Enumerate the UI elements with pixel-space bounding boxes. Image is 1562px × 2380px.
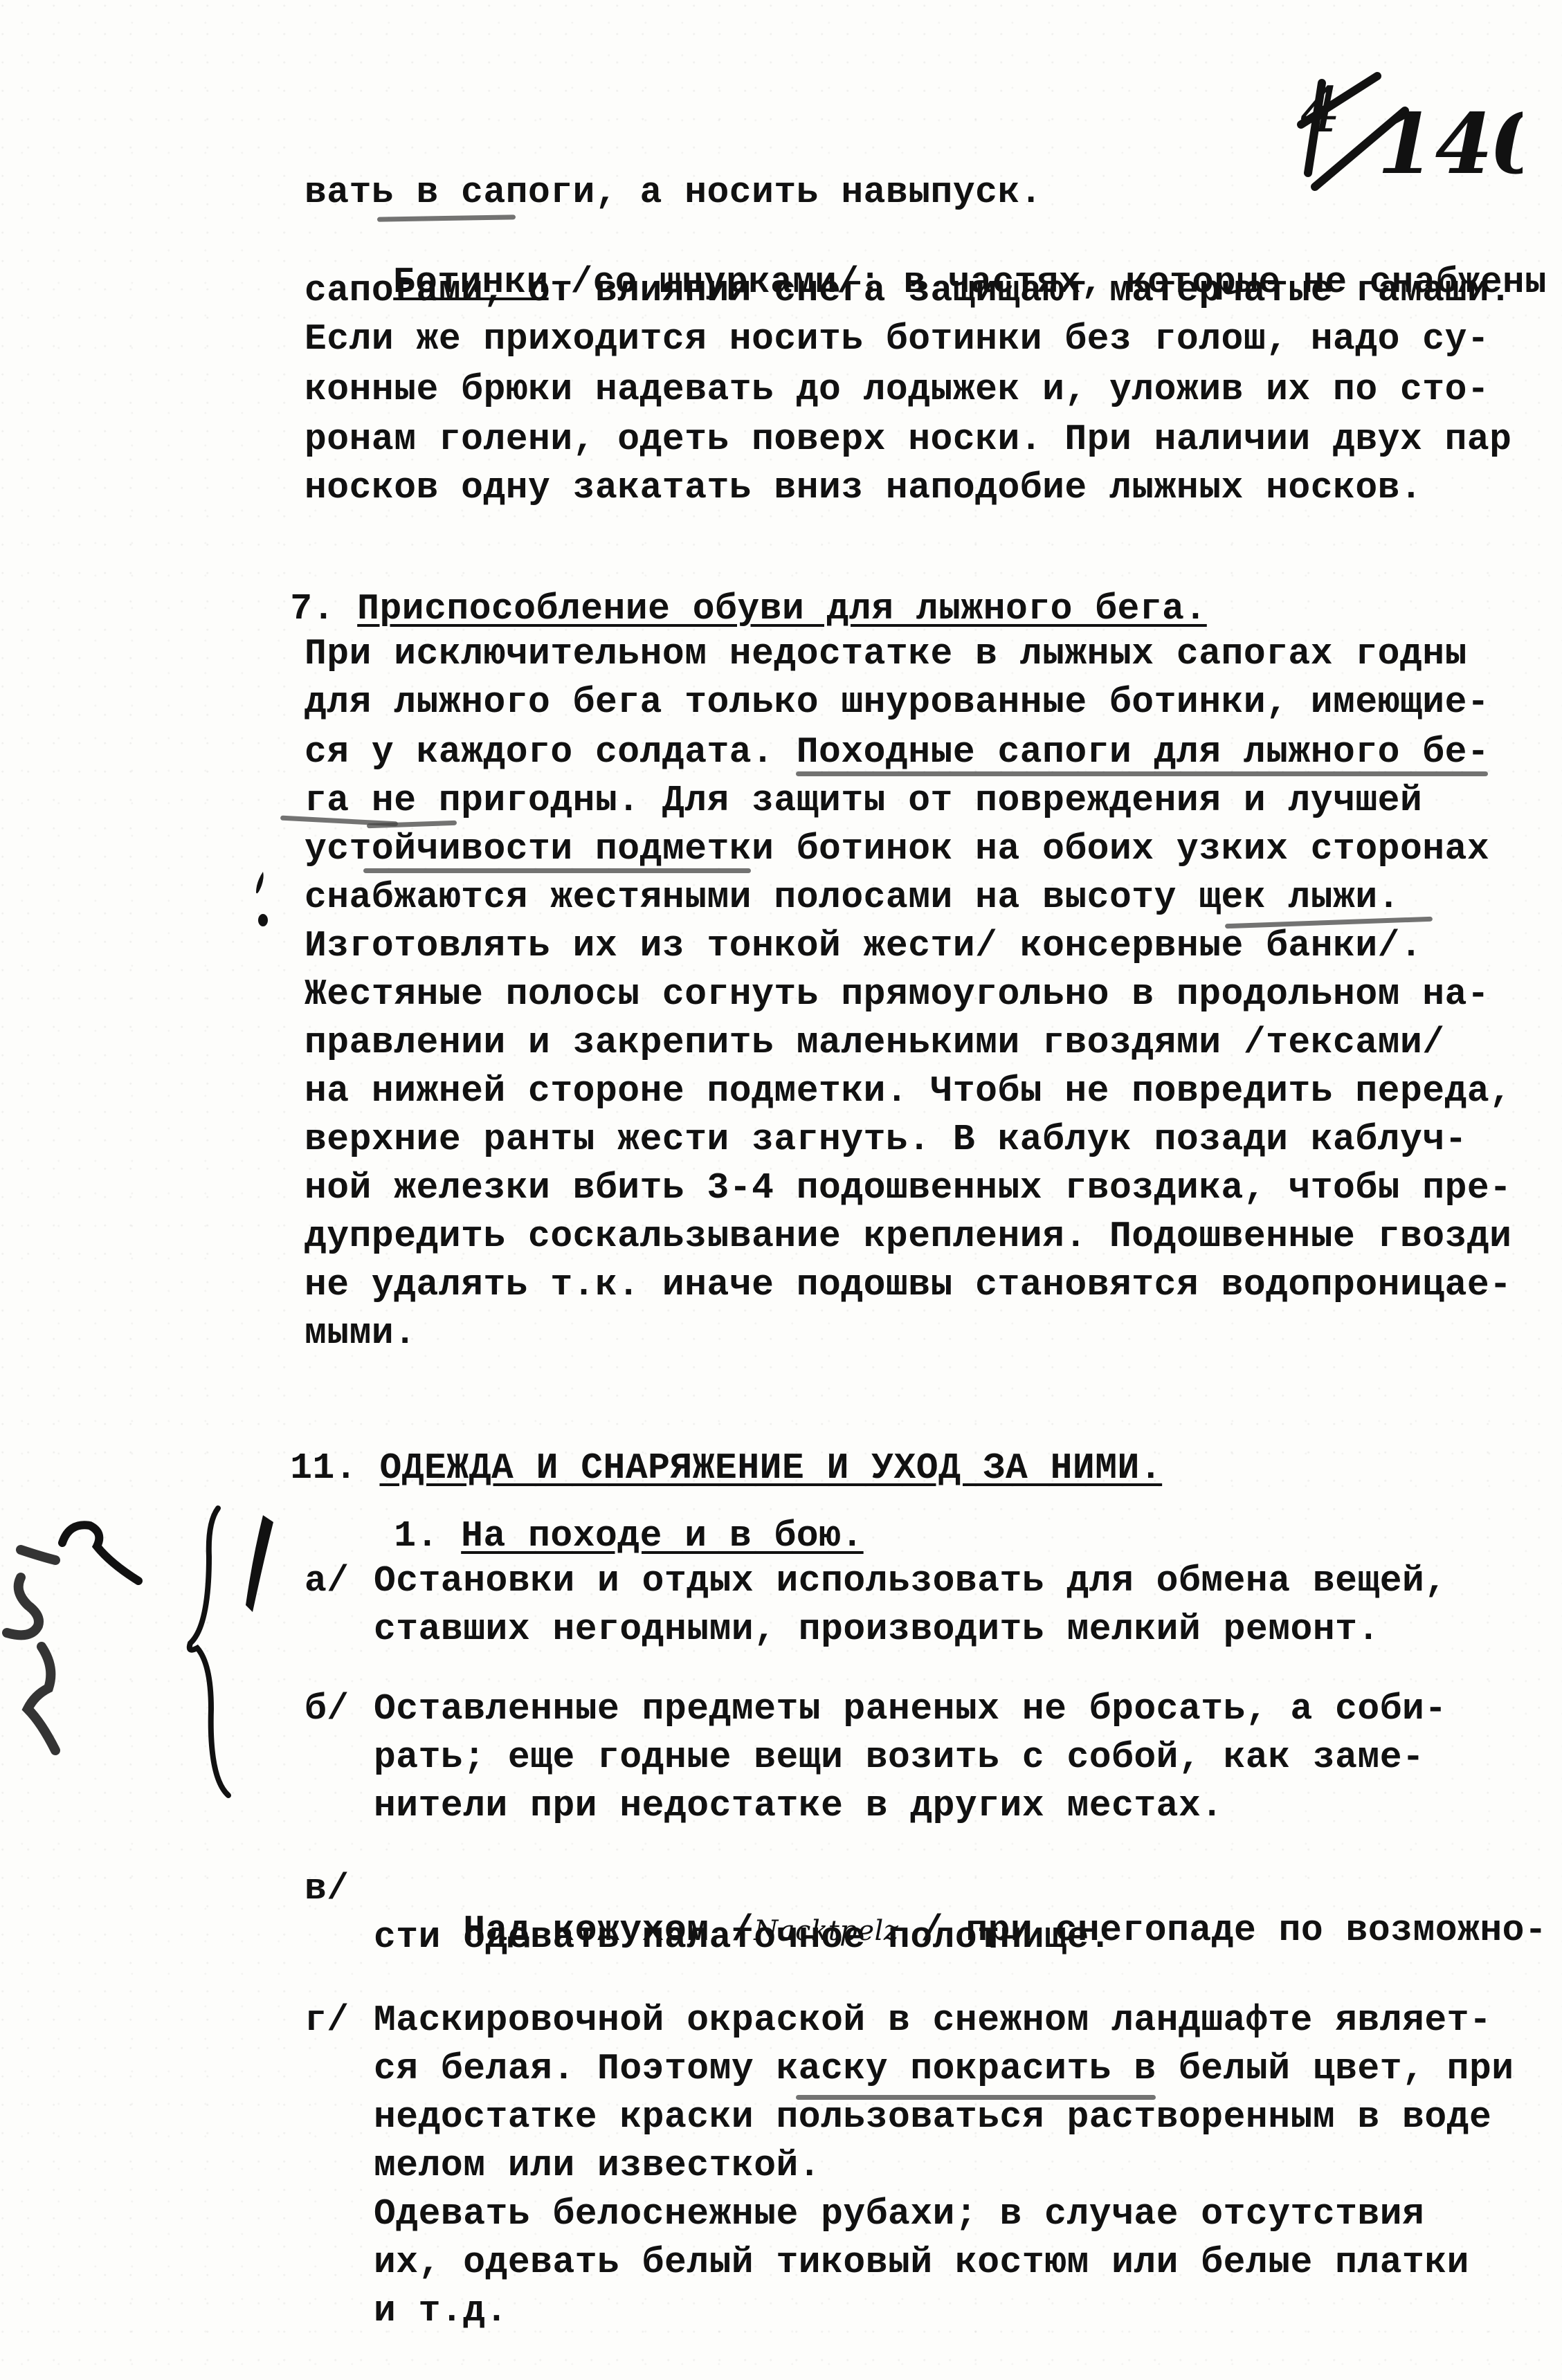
section-title: Приспособление обуви для лыжного бега. xyxy=(357,588,1207,630)
text-line: Одевать белоснежные рубахи; в случае отс… xyxy=(374,2193,1424,2235)
margin-exclamation-icon xyxy=(242,865,284,934)
text-line: недостатке краски пользоваться растворен… xyxy=(374,2096,1491,2138)
text-line: вать в сапоги, а носить навыпуск. xyxy=(305,172,1042,213)
pen-underline xyxy=(796,2095,1156,2100)
text-line: При исключительном недостатке в лыжных с… xyxy=(305,633,1467,675)
text-line: снабжаются жестяными полосами на высоту … xyxy=(305,877,1400,918)
svg-text:140: 140 xyxy=(1377,95,1523,193)
list-item-marker: г/ xyxy=(305,1999,349,2041)
subsection-title: На походе и в бою. xyxy=(461,1515,864,1557)
text-line: ся белая. Поэтому каску покрасить в белы… xyxy=(374,2048,1514,2089)
text-line: Изготовлять их из тонкой жести/ консервн… xyxy=(305,925,1422,967)
handwritten-page-number-icon: 4 140 xyxy=(1294,55,1523,214)
text-line: Жестяные полосы согнуть прямоугольно в п… xyxy=(305,973,1489,1015)
text-line: рать; еще годные вещи возить с собой, ка… xyxy=(374,1737,1424,1778)
text-line: их, одевать белый тиковый костюм или бел… xyxy=(374,2242,1469,2283)
text-line: Остановки и отдых использовать для обмен… xyxy=(374,1560,1447,1602)
text-line: устойчивости подметки ботинок на обоих у… xyxy=(305,828,1489,870)
list-item-marker: б/ xyxy=(305,1688,349,1730)
text-line: сапогами, от влияния снега защищают мате… xyxy=(305,270,1511,311)
text-line: ной железки вбить 3-4 подошвенных гвозди… xyxy=(305,1167,1511,1209)
list-item-marker: а/ xyxy=(305,1560,349,1602)
text-line: ся у каждого солдата. Походные сапоги дл… xyxy=(305,731,1489,773)
text-line: ронам голени, одеть поверх носки. При на… xyxy=(305,419,1511,460)
text-line: носков одну закатать вниз наподобие лыжн… xyxy=(305,467,1422,509)
text-line: конные брюки надевать до лодыжек и, улож… xyxy=(305,369,1489,410)
text-line: дупредить соскальзывание крепления. Подо… xyxy=(305,1216,1511,1257)
text-line: Маскировочной окраской в снежном ландшаф… xyxy=(374,1999,1491,2041)
text-line: мелом или известкой. xyxy=(374,2145,821,2186)
section-number: 7. xyxy=(290,588,335,630)
text-line: га не пригодны. Для защиты от повреждени… xyxy=(305,780,1422,821)
text-line: сти одевать палаточное полотнище. xyxy=(374,1916,1111,1958)
text-line: на нижней стороне подметки. Чтобы не пов… xyxy=(305,1070,1511,1112)
text-line: Оставленные предметы раненых не бросать,… xyxy=(374,1688,1447,1730)
text-line: верхние ранты жести загнуть. В каблук по… xyxy=(305,1119,1467,1160)
subsection-number: 1. xyxy=(394,1515,439,1557)
text-line: Если же приходится носить ботинки без го… xyxy=(305,318,1489,360)
text-line: мыми. xyxy=(305,1312,417,1354)
list-item-marker: в/ xyxy=(305,1868,349,1910)
page-number: 4 140 xyxy=(1294,55,1523,214)
pen-underline xyxy=(796,771,1488,776)
margin-handwriting-icon xyxy=(0,1487,180,1833)
pen-underline xyxy=(363,868,751,873)
text-line: и т.д. xyxy=(374,2290,508,2332)
text-line: не удалять т.к. иначе подошвы становятся… xyxy=(305,1264,1511,1306)
text-line: правлении и закрепить маленькими гвоздям… xyxy=(305,1022,1445,1063)
text-line: ставших негодными, производить мелкий ре… xyxy=(374,1609,1380,1650)
margin-brace-icon xyxy=(159,1501,298,1847)
text-line: нители при недостатке в других местах. xyxy=(374,1785,1224,1827)
text-line: для лыжного бега только шнурованные боти… xyxy=(305,681,1489,723)
